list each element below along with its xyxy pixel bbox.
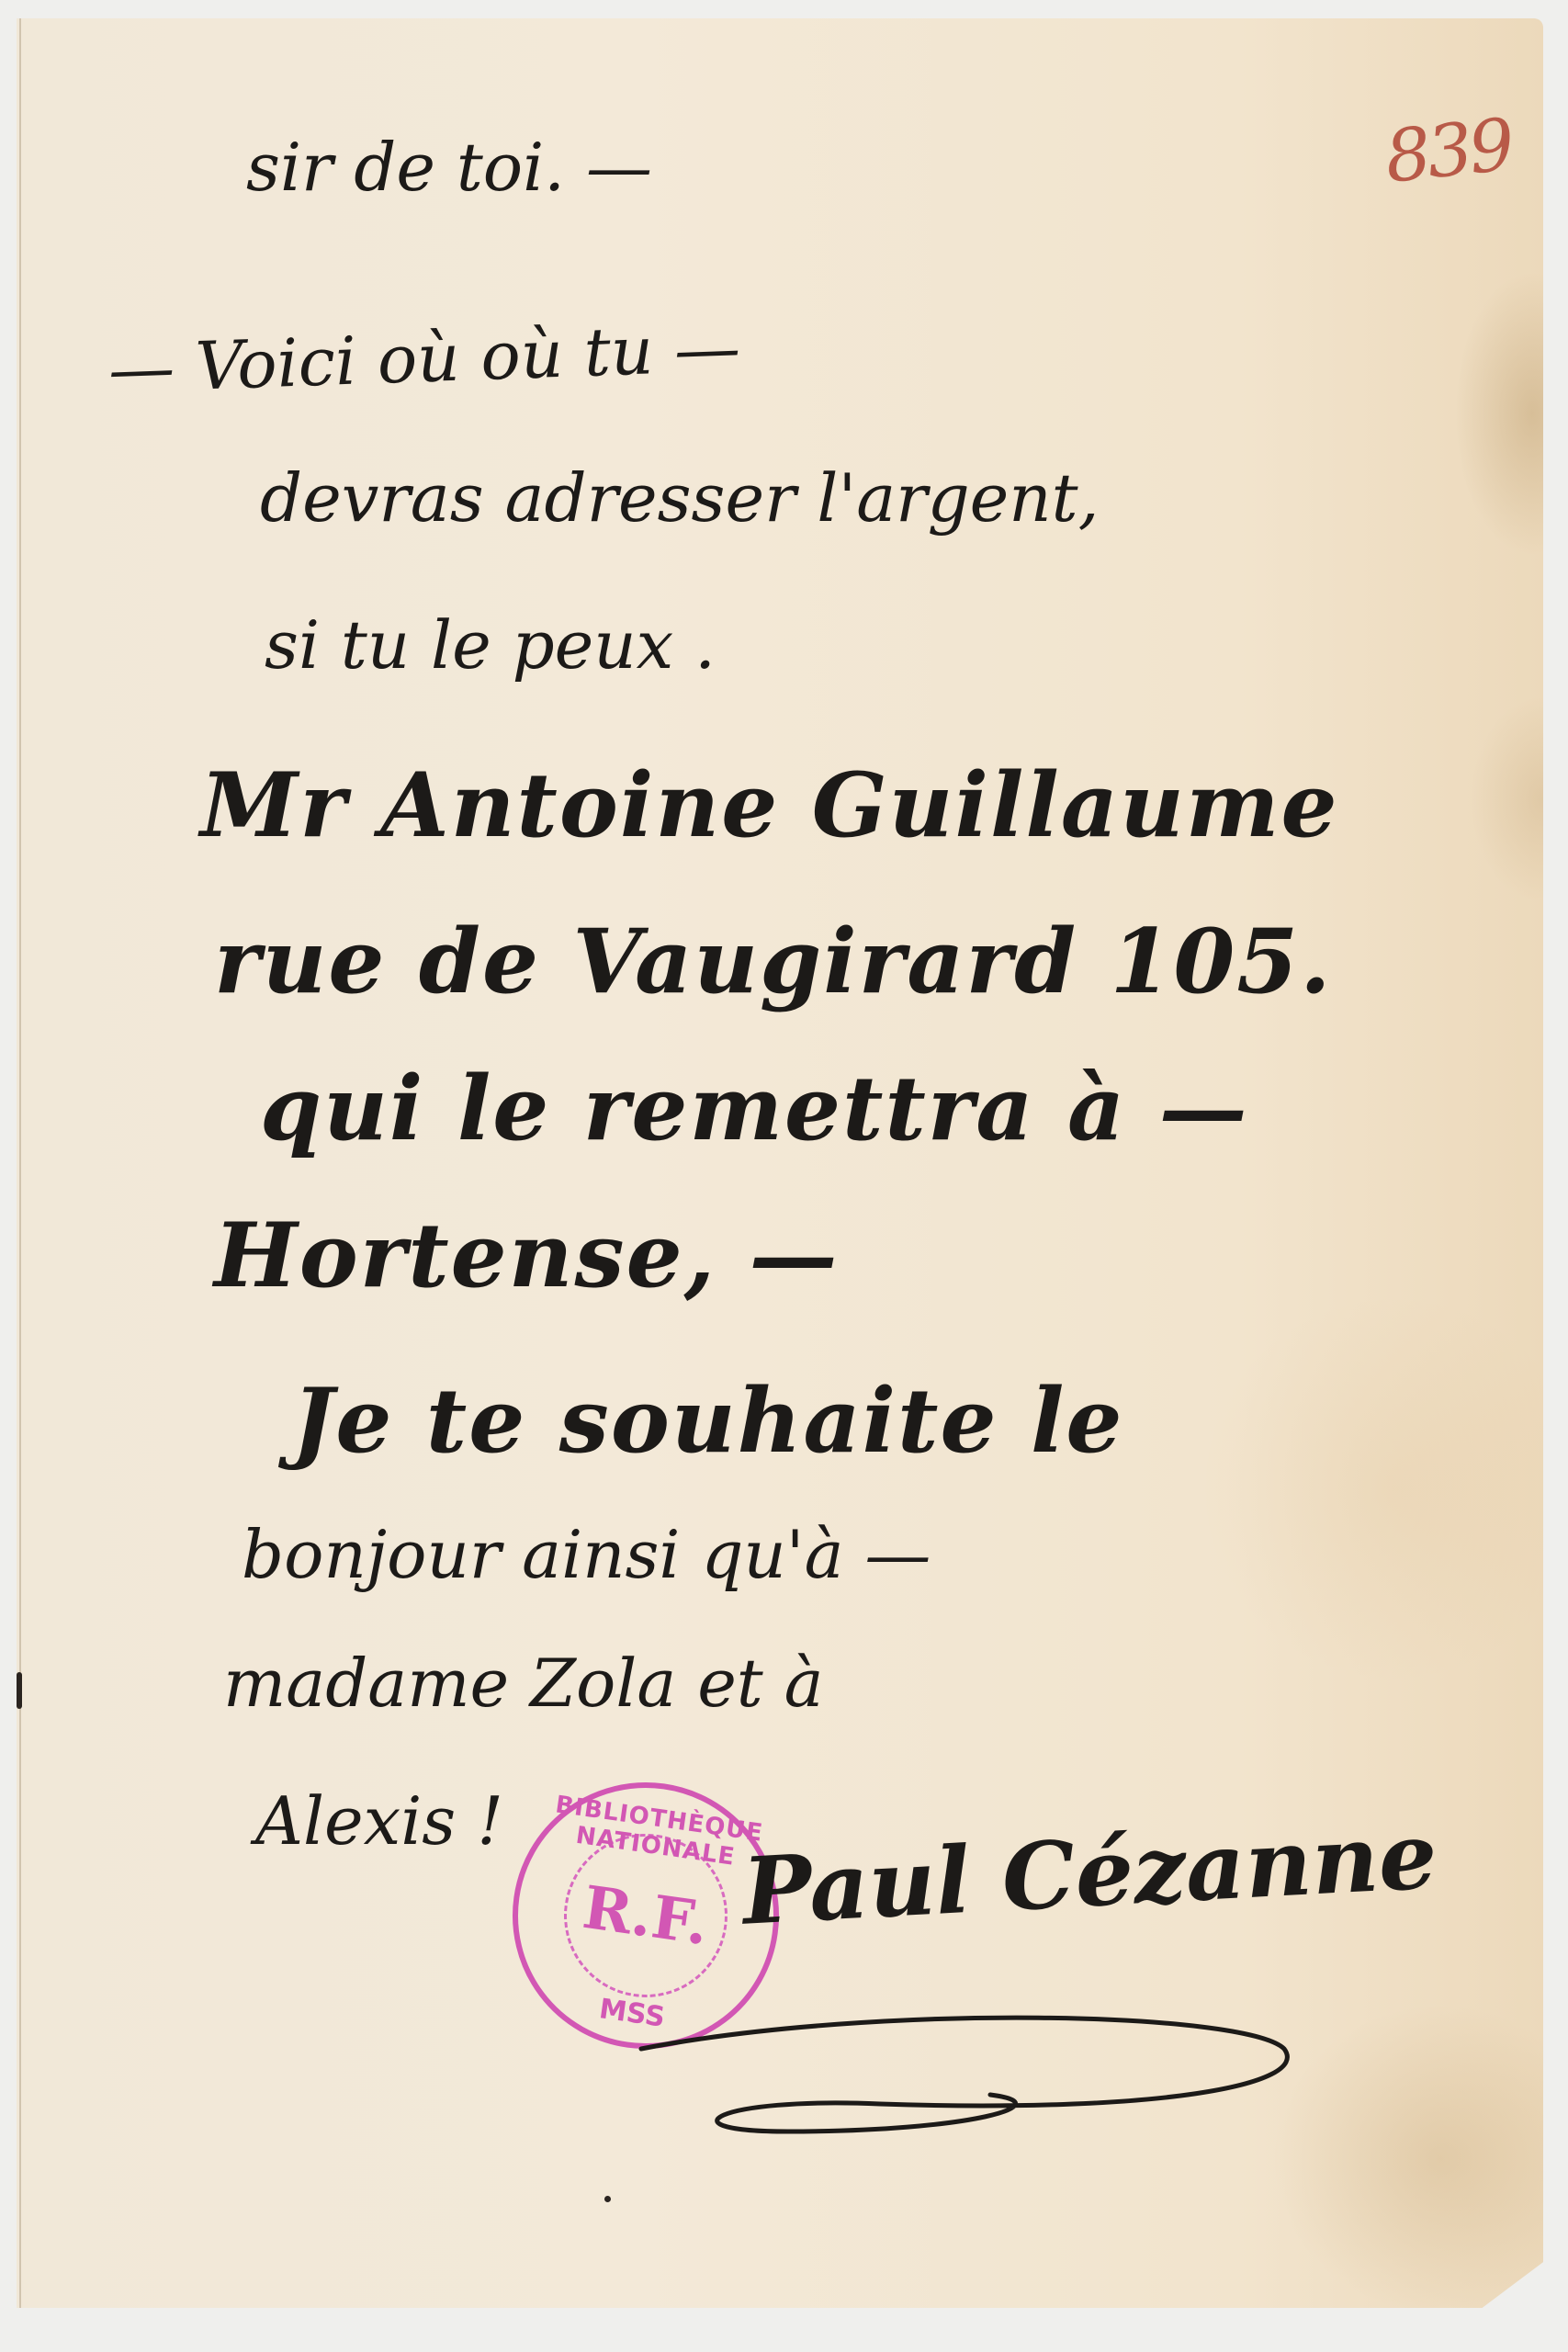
letter-line-7: qui le remettra à — [260,1057,1249,1160]
ink-speck [604,2196,611,2202]
manuscript-page: 839 sir de toi. — — Voici où où tu — dev… [17,18,1543,2308]
line-text: rue de Vaugirard 105. [214,910,1332,1013]
line-text: Hortense, — [214,1204,840,1307]
folio-number: 839 [1382,104,1516,199]
binding-edge [19,18,21,2308]
line-text: — Voici où où tu — [107,309,742,408]
line-text: si tu le peux . [265,606,716,684]
signature: Paul Cézanne [739,1801,1439,1945]
line-text: Mr Antoine Guillaume [200,753,1339,857]
signature-flourish [604,1994,1339,2141]
line-text: devras adresser l'argent, [260,459,1099,537]
line-text: sir de toi. — [246,129,652,206]
letter-line-12: Alexis ! [255,1782,503,1860]
line-text: qui le remettra à — [260,1057,1249,1160]
letter-line-1: sir de toi. — [246,129,652,206]
letter-line-3: devras adresser l'argent, [260,459,1099,537]
line-text: bonjour ainsi qu'à — [242,1516,931,1593]
letter-line-2: — Voici où où tu — [107,309,742,408]
letter-line-6: rue de Vaugirard 105. [214,910,1332,1013]
letter-line-8: Hortense, — [214,1204,840,1307]
line-text: Je te souhaite le [292,1369,1124,1473]
letter-line-5: Mr Antoine Guillaume [200,753,1339,857]
ink-mark [17,1672,22,1709]
letter-line-11: madame Zola et à [223,1645,824,1722]
letter-line-4: si tu le peux . [265,606,716,684]
letter-line-10: bonjour ainsi qu'à — [242,1516,931,1593]
line-text: Alexis ! [255,1782,503,1860]
line-text: madame Zola et à [223,1645,824,1722]
letter-line-9: Je te souhaite le [292,1369,1124,1473]
